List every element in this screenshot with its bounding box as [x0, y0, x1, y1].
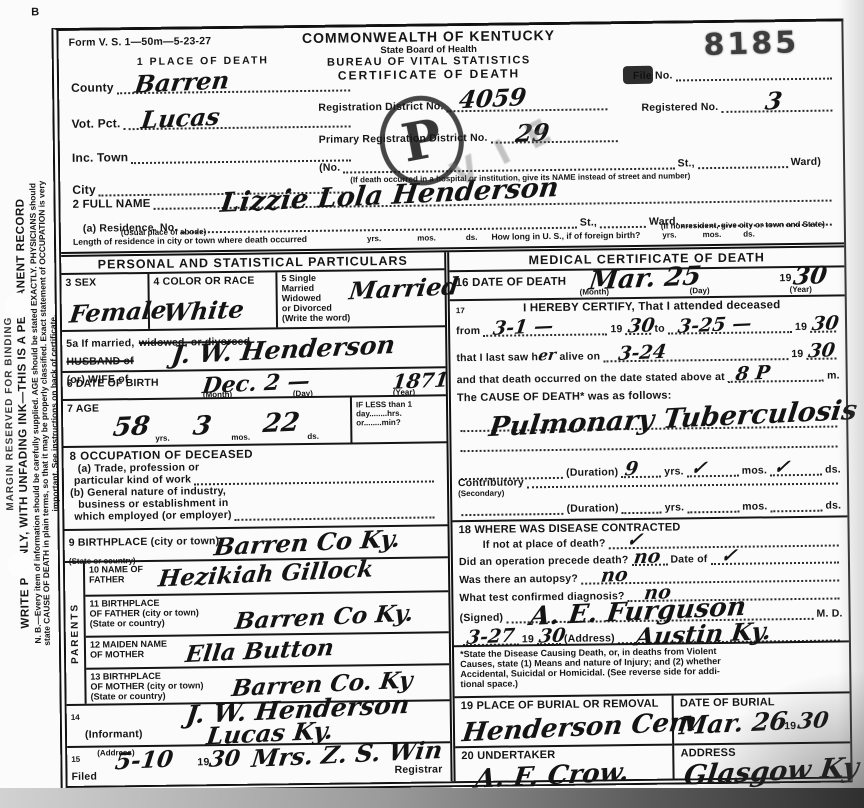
where-contracted-label: 18 WHERE WAS DISEASE CONTRACTED [458, 519, 841, 536]
burial-place-entry: Henderson Cem [461, 709, 699, 746]
contributory-block: Contributory (Secondary) (Duration) yrs.… [452, 470, 848, 520]
birthplace-entry: Barren Co Ky. [213, 527, 402, 560]
last-saw-entry: 3-24 [617, 343, 667, 364]
registration-district-entry: 4059 [458, 85, 528, 112]
occupation-row: 8 OCCUPATION OF DECEASED (a) Trade, prof… [63, 442, 447, 529]
length-residence-label: Length of residence in city or town wher… [73, 234, 307, 247]
precinct-label: Vot. Pct. [71, 116, 120, 131]
to-label: to [654, 323, 664, 335]
dotted-line [461, 509, 563, 516]
death-occurred-label: and that death occurred on the date stat… [457, 371, 725, 386]
dotted-line [235, 513, 435, 521]
dotted-line: no [581, 576, 839, 585]
dotted-line [622, 508, 662, 514]
registered-no-row: Registered No. 3 [637, 99, 839, 113]
filed-row: 15 Filed 5-10 19 30 Mrs. Z. S. Win Regis… [67, 741, 450, 786]
certify-number: 17 [456, 306, 465, 315]
yrs-label: yrs. [367, 234, 381, 243]
mother-name-entry: Ella Button [184, 636, 335, 666]
dotted-line: ✓ [710, 558, 839, 566]
attended-from-line: from 3-1 — 19 30 to 3-25 — 19 30 [456, 320, 839, 337]
from-entry: 3-1 — [492, 317, 555, 339]
age-mos-label: mos. [231, 432, 250, 441]
dotted-line: 30 [806, 354, 836, 360]
stamped-certificate-number: 8185 [703, 25, 799, 63]
form-number: Form V. S. 1—50m—5-23-27 [68, 35, 211, 49]
death-occurred-line: and that death occurred on the date stat… [457, 369, 840, 386]
to-19-label: 19 [795, 321, 807, 333]
struck-husband-label: HUSBAND of [66, 355, 133, 368]
race-entry: White [162, 298, 245, 326]
dotted-line: Pulmonary Tuberculosis [460, 422, 837, 433]
autopsy-entry: no [600, 566, 629, 586]
precinct-row: Vot. Pct. Lucas [67, 113, 357, 131]
dotted-line: 3-24 [603, 354, 788, 362]
married-if-label: 5a If married, [66, 337, 134, 350]
scan-bottom-strip [0, 788, 864, 808]
cause-line: Pulmonary Tuberculosis [457, 421, 840, 432]
dotted-line: 3 [721, 106, 832, 113]
dotted-line [600, 222, 646, 229]
dod-19-label: 19 [779, 272, 791, 284]
dotted-line: 30 [626, 329, 652, 335]
from-19-label: 19 [610, 323, 622, 335]
dotted-line: 30 [810, 327, 836, 333]
yrs-label: yrs. [662, 230, 676, 239]
registered-no-entry: 3 [764, 89, 784, 114]
undertaker-cell: 20 UNDERTAKER A. F. Crow. [455, 744, 673, 782]
residence-st-label: St., [580, 216, 597, 228]
marital-entry: Married [348, 275, 460, 304]
birthplace-row: 9 BIRTHPLACE (city or town) (State or co… [65, 524, 448, 561]
from-year-entry: 30 [626, 316, 655, 336]
registrar-label: Registrar [394, 763, 442, 776]
county-entry: Barren [133, 68, 230, 96]
full-name-label: 2 FULL NAME [72, 198, 150, 211]
dotted-line: Barren [117, 85, 351, 94]
race-cell: 4 COLOR OR RACE White [149, 273, 278, 329]
birthplace-label: 9 BIRTHPLACE (city or town) [69, 535, 220, 549]
year-sublabel: (Year) [790, 285, 812, 294]
spouse-row: 5a If married, widowed, or divorced HUSB… [62, 325, 445, 371]
contributory-label: Contributory [458, 476, 524, 489]
city-label: City [72, 183, 96, 197]
dotted-line: 3-1 — [483, 329, 607, 337]
registered-no-label: Registered No. [641, 101, 718, 114]
dotted-line: 3-25 — [668, 327, 792, 335]
marital-cell: 5 Single Married Widowed or Divorced (Wr… [277, 271, 445, 328]
dotted-line: no [631, 560, 667, 566]
to-year-entry: 30 [811, 314, 840, 334]
file-no-row: File No. [629, 67, 839, 82]
occupation-b-line3: which employed (or employer) [74, 509, 231, 523]
contributory-duration-line: (Duration) yrs. mos. ds. [458, 499, 841, 516]
hole-punch [5, 292, 31, 318]
precinct-entry: Lucas [140, 105, 221, 133]
stamp-letter: P [397, 107, 447, 174]
sex-cell: 3 SEX Female [61, 274, 150, 330]
time-entry: 8 P [734, 364, 771, 385]
filed-label: Filed [71, 771, 97, 783]
personal-column: PERSONAL AND STATISTICAL PARTICULARS 3 S… [61, 252, 455, 786]
scanned-death-certificate: B MARGIN RESERVED FOR BINDING WRITE PLAI… [0, 0, 864, 808]
certify-line: 17 I HEREBY CERTIFY, That I attended dec… [456, 298, 839, 315]
burial-place-cell: 19 PLACE OF BURIAL OR REMOVAL Henderson … [455, 696, 673, 747]
parents-block: PARENTS 10 NAME OF FATHER Hezikiah Gillo… [65, 556, 450, 704]
dotted-line [676, 74, 833, 82]
age-row: 7 AGE 58 yrs. 3 mos. 22 ds. IF LESS than… [63, 394, 447, 446]
age-yrs-label: yrs. [155, 433, 169, 442]
age-cell: 7 AGE 58 yrs. 3 mos. 22 ds. [63, 397, 351, 446]
certification-block: 17 I HEREBY CERTIFY, That I attended dec… [450, 294, 847, 475]
county-row: County Barren [67, 77, 357, 95]
saw-19-label: 19 [791, 348, 803, 360]
dotted-line [770, 506, 822, 513]
age-years-entry: 58 [111, 413, 151, 441]
last-saw-line: that I last saw h er alive on 3-24 19 30 [456, 344, 839, 364]
parents-strip: PARENTS [65, 563, 87, 704]
dotted-line [461, 442, 838, 453]
father-birthplace-row: 11 BIRTHPLACE OF FATHER (city or town) (… [85, 590, 448, 635]
mos-label: mos. [703, 230, 722, 239]
operation-line: Did an operation precede death? no Date … [459, 551, 842, 568]
scan-corner-shade [674, 658, 864, 808]
hole-punch [8, 552, 34, 578]
not-at-place-label: If not at place of death? [483, 537, 606, 550]
if-less-cell: IF LESS than 1 day........hrs. or.......… [350, 396, 447, 443]
contrib-mos-label: mos. [742, 500, 767, 512]
disease-contracted-block: 18 WHERE WAS DISEASE CONTRACTED If not a… [452, 515, 848, 645]
sex-label: 3 SEX [65, 276, 143, 289]
ward-label: Ward) [791, 156, 822, 168]
sex-race-marital-row: 3 SEX Female 4 COLOR OR RACE White 5 Sin… [61, 271, 445, 330]
registration-district-row: Registration District No. 4059 [314, 98, 614, 114]
dob-label: 6 DATE OF BIRTH [67, 377, 159, 390]
race-label: 4 COLOR OR RACE [153, 275, 271, 288]
filed-date-entry: 5-10 [114, 748, 175, 774]
informant-label: (Informant) [85, 728, 143, 741]
dotted-line: Lucas [123, 121, 350, 130]
date-of-label: Date of [670, 553, 707, 565]
dotted-line: 8 P [728, 376, 824, 383]
operation-entry: no [633, 547, 662, 567]
informant-number: 14 [71, 713, 80, 722]
saw-year-entry: 30 [807, 341, 836, 361]
day-sublabel: (Day) [690, 286, 710, 295]
marital-line-5: (Write the word) [282, 312, 441, 324]
mother-name-row: 12 MAIDEN NAME OF MOTHER Ella Button [86, 631, 449, 667]
age-ds-label: ds. [307, 432, 319, 441]
st-label: St., [678, 157, 695, 169]
filed-number: 15 [71, 755, 80, 764]
ds-label: ds. [466, 233, 478, 242]
father-name-entry: Hezikiah Gillock [157, 557, 375, 590]
ink-smudge [623, 66, 653, 84]
corner-mark: B [31, 6, 39, 18]
date-of-death-label: 16 DATE OF DEATH [455, 276, 566, 289]
dotted-line [687, 507, 739, 514]
age-days-entry: 22 [261, 409, 301, 437]
signed-label: (Signed) [460, 612, 504, 625]
to-entry: 3-25 — [676, 314, 752, 336]
last-saw-label: that I last saw h [456, 351, 538, 364]
alive-on-label: alive on [559, 350, 600, 362]
contrib-duration-label: (Duration) [566, 502, 618, 515]
dotted-line [698, 162, 788, 169]
cause-entry: Pulmonary Tuberculosis [488, 397, 859, 441]
not-at-place-line: If not at place of death? ✓ [483, 534, 842, 550]
contrib-yrs-label: yrs. [665, 501, 685, 513]
ds-label: ds. [743, 230, 755, 239]
primary-district-row: Primary Registration District No. 29 [315, 130, 625, 146]
dotted-line: 4059 [447, 104, 608, 112]
county-label: County [71, 80, 114, 95]
how-long-label: How long in U. S., if of foreign birth? [491, 230, 640, 242]
if-less-line-3: or........min? [356, 417, 442, 427]
autopsy-label: Was there an autopsy? [459, 573, 578, 586]
operation-date-entry: ✓ [719, 546, 737, 566]
mos-label: mos. [417, 233, 436, 242]
father-bp-entry: Barren Co Ky. [234, 602, 415, 633]
father-name-row: 10 NAME OF FATHER Hezikiah Gillock [85, 558, 448, 594]
no-label: (No. [319, 162, 340, 174]
month-sublabel: (Month) [580, 287, 609, 296]
her-entry: er [537, 348, 556, 364]
dotted-line: Lizzie Lola Henderson [154, 196, 832, 210]
filed-year-entry: 30 [208, 747, 242, 770]
header-title-block: COMMONWEALTH OF KENTUCKY State Board of … [263, 26, 594, 83]
age-months-entry: 3 [192, 413, 214, 440]
parents-label: PARENTS [69, 603, 81, 664]
blank-cause-line [458, 441, 841, 452]
inc-town-label: Inc. Town [72, 150, 128, 165]
from-label: from [456, 325, 480, 337]
